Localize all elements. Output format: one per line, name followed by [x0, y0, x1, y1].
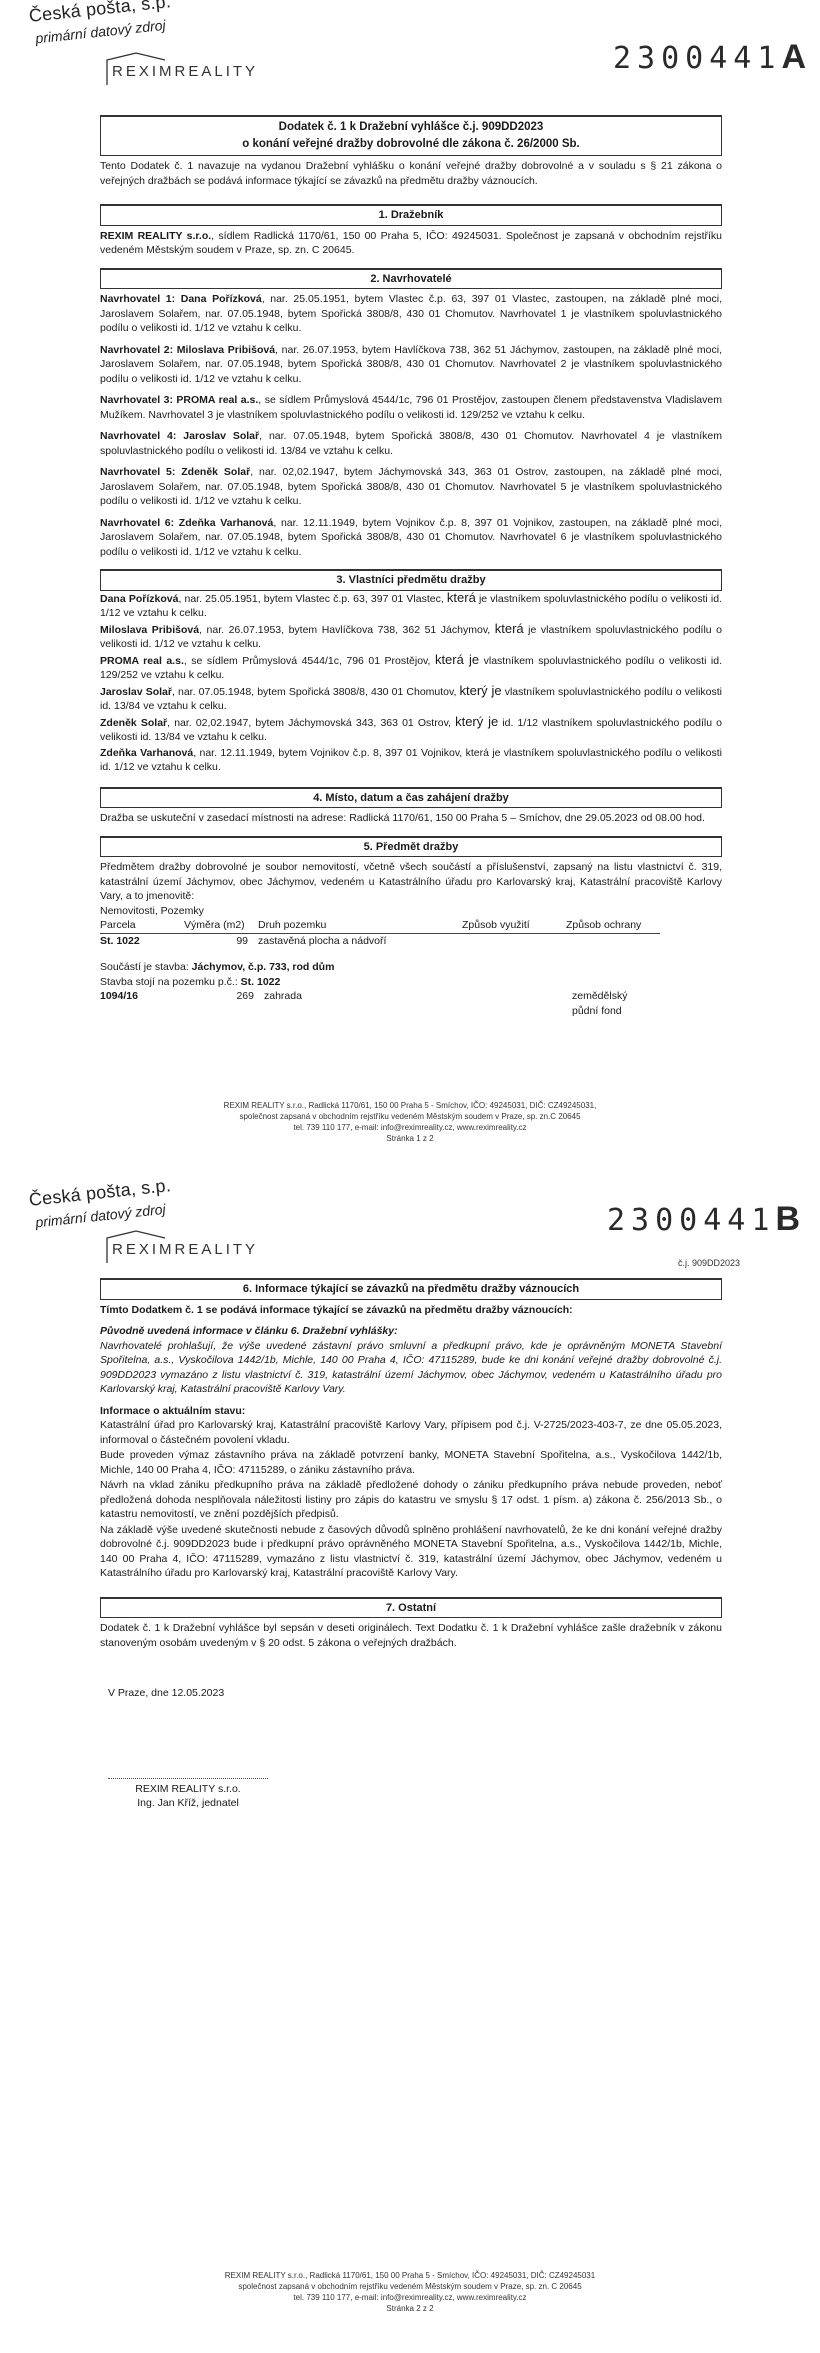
table-row: St. 1022 99 zastavěná plocha a nádvoří: [100, 933, 660, 948]
proposer-label: Navrhovatel 5: Zdeněk Solař: [100, 466, 250, 478]
owner-verb: který je: [455, 714, 498, 729]
section-3-heading: 3. Vlastníci předmětu dražby: [100, 569, 722, 591]
company-logo: REXIMREALITY: [106, 52, 246, 86]
owner-1: Dana Pořízková, nar. 25.05.1951, bytem V…: [100, 591, 722, 621]
proposer-label: Navrhovatel 3: PROMA real a.s.: [100, 394, 258, 406]
document-title-line-1: Dodatek č. 1 k Dražební vyhlášce č.j. 90…: [101, 119, 721, 136]
page-number: Stránka 1 z 2: [160, 1133, 660, 1144]
footer-line-2: společnost zapsaná v obchodním rejstříku…: [160, 1111, 660, 1122]
document-number-digits: 2300441: [607, 1203, 775, 1238]
page-2: Česká pošta, s.p. primární datový zdroj …: [0, 1160, 820, 2353]
company-logo: REXIMREALITY: [106, 1230, 246, 1264]
document-number: 2300441B: [607, 1200, 800, 1239]
owner-name: Jaroslav Solař: [100, 686, 172, 698]
footer-line-3: tel. 739 110 177, e-mail: info@reximreal…: [160, 1122, 660, 1133]
footer-line-1: REXIM REALITY s.r.o., Radlická 1170/61, …: [160, 1100, 660, 1111]
parcel-table: Parcela Výměra (m2) Druh pozemku Způsob …: [100, 918, 660, 948]
page-2-content: 6. Informace týkající se závazků na před…: [100, 1278, 722, 1657]
proposer-3: Navrhovatel 3: PROMA real a.s., se sídle…: [100, 393, 722, 422]
document-number: 2300441A: [613, 38, 806, 77]
page-1-content: Dodatek č. 1 k Dražební vyhlášce č.j. 90…: [100, 115, 722, 1018]
document-number-suffix: B: [775, 1200, 800, 1238]
owner-details: , se sídlem Průmyslová 4544/1c, 796 01 P…: [184, 655, 435, 667]
owner-details: , nar. 26.07.1953, bytem Havlíčkova 738,…: [199, 624, 495, 636]
reference-number: č.j. 909DD2023: [678, 1258, 740, 1268]
postal-stamp: Česká pošta, s.p. primární datový zdroj: [28, 1175, 174, 1231]
owner-details: , nar. 02,02.1947, bytem Jáchymovská 343…: [167, 717, 455, 729]
owner-2: Miloslava Pribišová, nar. 26.07.1953, by…: [100, 622, 722, 652]
document-number-digits: 2300441: [613, 41, 781, 76]
lead-text: Tímto Dodatkem č. 1 se podává informace …: [100, 1304, 573, 1316]
original-info-title-text: Původně uvedená informace v článku 6. Dr…: [100, 1325, 398, 1337]
owner-verb: která: [495, 621, 524, 636]
column-header: Parcela: [100, 918, 184, 933]
section-6-lead: Tímto Dodatkem č. 1 se podává informace …: [100, 1303, 722, 1318]
owner-name: Miloslava Pribišová: [100, 624, 199, 636]
proposer-label: Navrhovatel 6: Zdeňka Varhanová: [100, 517, 273, 529]
owner-name: Zdeňka Varhanová: [100, 747, 193, 759]
page-2-footer: REXIM REALITY s.r.o., Radlická 1170/61, …: [160, 2270, 660, 2314]
parcel-protection: [566, 933, 660, 948]
current-state-paragraph-4: Na základě výše uvedené skutečnosti nebu…: [100, 1523, 722, 1581]
section-1-heading: 1. Dražebník: [100, 204, 722, 226]
document-title-box: Dodatek č. 1 k Dražební vyhlášce č.j. 90…: [100, 115, 722, 156]
parcel-protection: zemědělský půdní fond: [572, 989, 660, 1018]
footer-line-3: tel. 739 110 177, e-mail: info@reximreal…: [160, 2292, 660, 2303]
owner-4: Jaroslav Solař, nar. 07.05.1948, bytem S…: [100, 684, 722, 714]
column-header: Způsob ochrany: [566, 918, 660, 933]
proposer-label: Navrhovatel 2: Miloslava Pribišová: [100, 344, 275, 356]
parcel-type: zastavěná plocha a nádvoří: [258, 933, 462, 948]
signature-person: Ing. Jan Kříž, jednatel: [108, 1796, 268, 1810]
parcel-id: 1094/16: [100, 990, 138, 1002]
section-4-heading: 4. Místo, datum a čas zahájení dražby: [100, 787, 722, 809]
owner-5: Zdeněk Solař, nar. 02,02.1947, bytem Jác…: [100, 715, 722, 745]
parcel-area: 269: [184, 989, 264, 1018]
proposer-6: Navrhovatel 6: Zdeňka Varhanová, nar. 12…: [100, 516, 722, 560]
subject-paragraph: Předmětem dražby dobrovolné je soubor ne…: [100, 860, 722, 904]
building-line: Součástí je stavba: Jáchymov, č.p. 733, …: [100, 960, 722, 975]
parcel-area: 99: [184, 933, 258, 948]
page-number: Stránka 2 z 2: [160, 2303, 660, 2314]
owner-6: Zdeňka Varhanová, nar. 12.11.1949, bytem…: [100, 746, 722, 775]
parcel-type: zahrada: [264, 989, 468, 1018]
proposer-label: Navrhovatel 4: Jaroslav Solař: [100, 430, 259, 442]
place-and-date: V Praze, dne 12.05.2023: [108, 1687, 224, 1699]
parcel-usage: [462, 933, 566, 948]
footer-line-1: REXIM REALITY s.r.o., Radlická 1170/61, …: [160, 2270, 660, 2281]
section-6-heading: 6. Informace týkající se závazků na před…: [100, 1278, 722, 1300]
stands-on-label: Stavba stojí na pozemku p.č.:: [100, 976, 241, 988]
page-1-footer: REXIM REALITY s.r.o., Radlická 1170/61, …: [160, 1100, 660, 1144]
auctioneer-paragraph: REXIM REALITY s.r.o., sídlem Radlická 11…: [100, 229, 722, 258]
section-7-paragraph: Dodatek č. 1 k Dražební vyhlášce byl sep…: [100, 1621, 722, 1650]
owner-verb: která: [447, 590, 476, 605]
column-header: Druh pozemku: [258, 918, 462, 933]
logo-text: REXIMREALITY: [112, 63, 258, 80]
intro-paragraph: Tento Dodatek č. 1 navazuje na vydanou D…: [100, 159, 722, 188]
logo-text: REXIMREALITY: [112, 1241, 258, 1258]
postal-stamp: Česká pošta, s.p. primární datový zdroj: [28, 0, 174, 47]
proposer-label: Navrhovatel 1: Dana Pořízková: [100, 293, 262, 305]
owner-3: PROMA real a.s., se sídlem Průmyslová 45…: [100, 653, 722, 683]
page-1: Česká pošta, s.p. primární datový zdroj …: [0, 0, 820, 1160]
current-state-paragraph-3: Návrh na vklad zániku předkupního práva …: [100, 1478, 722, 1522]
owner-details: , nar. 07.05.1948, bytem Spořická 3808/8…: [172, 686, 460, 698]
signature-block: REXIM REALITY s.r.o. Ing. Jan Kříž, jedn…: [108, 1778, 268, 1810]
original-info-title: Původně uvedená informace v článku 6. Dr…: [100, 1324, 722, 1339]
footer-line-2: společnost zapsaná v obchodním rejstříku…: [160, 2281, 660, 2292]
owner-name: Zdeněk Solař: [100, 717, 167, 729]
current-state-title-text: Informace o aktuálním stavu:: [100, 1405, 245, 1417]
document-title-line-2: o konání veřejné dražby dobrovolné dle z…: [101, 136, 721, 153]
owner-details: , nar. 25.05.1951, bytem Vlastec č.p. 63…: [178, 593, 446, 605]
table-row: 1094/16 269 zahrada zemědělský půdní fon…: [100, 989, 660, 1018]
parcel-table-header: Parcela Výměra (m2) Druh pozemku Způsob …: [100, 918, 660, 933]
proposer-5: Navrhovatel 5: Zdeněk Solař, nar. 02,02.…: [100, 465, 722, 509]
parcel-usage: [468, 989, 572, 1018]
current-state-title: Informace o aktuálním stavu:: [100, 1404, 722, 1419]
stands-on-value: St. 1022: [241, 976, 281, 988]
auction-venue-paragraph: Dražba se uskuteční v zasedací místnosti…: [100, 811, 722, 826]
current-state-paragraph-1: Katastrální úřad pro Karlovarský kraj, K…: [100, 1418, 722, 1447]
proposer-4: Navrhovatel 4: Jaroslav Solař, nar. 07.0…: [100, 429, 722, 458]
owner-name: PROMA real a.s.: [100, 655, 184, 667]
auctioneer-name: REXIM REALITY s.r.o.: [100, 230, 211, 242]
section-2-heading: 2. Navrhovatelé: [100, 268, 722, 290]
building-value: Jáchymov, č.p. 733, rod dům: [192, 961, 335, 973]
section-7-heading: 7. Ostatní: [100, 1597, 722, 1619]
stands-on-line: Stavba stojí na pozemku p.č.: St. 1022: [100, 975, 722, 990]
current-state-paragraph-2: Bude proveden výmaz zástavního práva na …: [100, 1448, 722, 1477]
owner-verb: která je: [435, 652, 479, 667]
section-5-heading: 5. Předmět dražby: [100, 836, 722, 858]
parcel-id: St. 1022: [100, 935, 140, 947]
proposer-1: Navrhovatel 1: Dana Pořízková, nar. 25.0…: [100, 292, 722, 336]
property-subtitle: Nemovitosti, Pozemky: [100, 904, 722, 919]
column-header: Způsob využití: [462, 918, 566, 933]
document-number-suffix: A: [781, 38, 806, 76]
owner-details: , nar. 12.11.1949, bytem Vojnikov č.p. 8…: [193, 747, 465, 759]
parcel-table-2: 1094/16 269 zahrada zemědělský půdní fon…: [100, 989, 660, 1018]
building-label: Součástí je stavba:: [100, 961, 192, 973]
original-info-text: Navrhovatelé prohlašují, že výše uvedené…: [100, 1339, 722, 1397]
owner-name: Dana Pořízková: [100, 593, 178, 605]
proposer-2: Navrhovatel 2: Miloslava Pribišová, nar.…: [100, 343, 722, 387]
column-header: Výměra (m2): [184, 918, 258, 933]
signature-company: REXIM REALITY s.r.o.: [108, 1782, 268, 1796]
owner-verb: který je: [460, 683, 502, 698]
signature-line: [108, 1778, 268, 1779]
